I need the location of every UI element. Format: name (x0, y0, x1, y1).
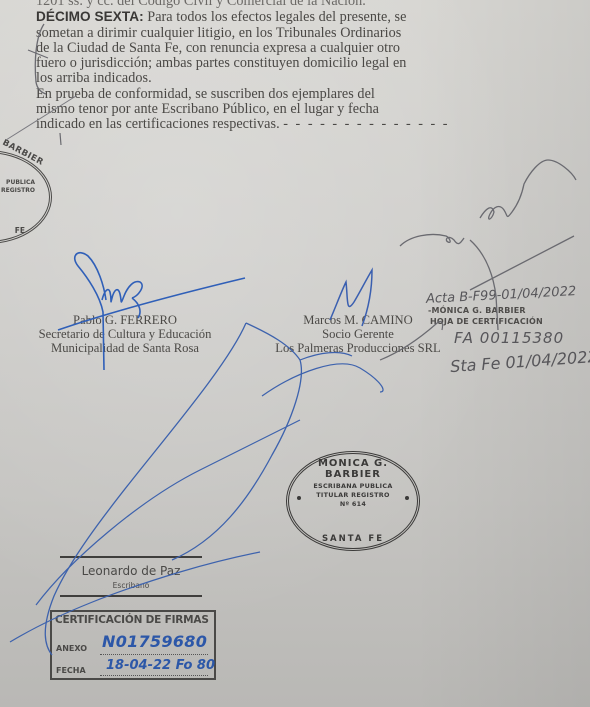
signature-curve-right-blue (262, 353, 383, 396)
notary-seal-partial: BARBIER PUBLICA REGISTRO FE (0, 150, 52, 244)
handwritten-place-date: Sta Fe 01/04/2022 (450, 347, 590, 376)
certification-heading: CERTIFICACIÓN DE FIRMAS (55, 614, 209, 626)
seal-city: SANTA FE (289, 534, 417, 544)
anexo-value: N01759680 (102, 632, 207, 651)
signatory-block-camino: Marcos M. CAMINO Socio Gerente Los Palme… (258, 313, 458, 355)
clause-text: 1201 ss. y cc. del Código Civil y Comerc… (36, 0, 498, 133)
escribano-name: Leonardo de Paz (56, 564, 206, 578)
escribano-title: Escribano (56, 581, 206, 590)
clause-line-3: de la Ciudad de Santa Fe, con renuncia e… (36, 41, 498, 56)
clause-line-2: sometan a dirimir cualquier litigio, en … (36, 26, 498, 41)
clause-line-4: fuero o jurisdicción; ambas partes const… (36, 56, 498, 71)
clause-heading: DÉCIMO SEXTA: (36, 9, 144, 24)
rule-bottom (60, 595, 202, 597)
signature-certification-box: CERTIFICACIÓN DE FIRMAS ANEXO N01759680 … (50, 610, 216, 680)
fecha-value: 18-04-22 Fo 80 (106, 658, 215, 673)
seal-partial-titles: PUBLICA REGISTRO (1, 179, 35, 195)
anexo-dotted-line (100, 654, 208, 655)
closing-line-2: mismo tenor por ante Escribano Público, … (36, 102, 498, 117)
stamp-notary-name: -MÓNICA G. BARBIER (428, 306, 526, 315)
seal-dot (297, 496, 301, 500)
handwritten-sheet-number: FA 00115380 (454, 329, 564, 347)
margin-small-tick (60, 133, 61, 145)
signatory-organization: Los Palmeras Producciones SRL (258, 341, 458, 355)
signatory-role: Secretario de Cultura y Educación (10, 327, 240, 341)
anexo-label: ANEXO (56, 644, 87, 653)
fecha-label: FECHA (56, 666, 86, 675)
fecha-dotted-line (100, 675, 208, 676)
signatory-name: Marcos M. CAMINO (258, 313, 458, 327)
closing-line-1: En prueba de conformidad, se suscriben d… (36, 87, 498, 102)
seal-titles: ESCRIBANA PUBLICA TITULAR REGISTRO Nº 61… (289, 482, 417, 509)
seal-dot (405, 496, 409, 500)
signatory-block-ferrero: Pablo G. FERRERO Secretario de Cultura y… (10, 313, 240, 355)
closing-line-3: indicado en las certificaciones respecti… (36, 117, 498, 132)
escribano-block: Leonardo de Paz Escribano (56, 556, 206, 597)
signatory-name: Pablo G. FERRERO (10, 313, 240, 327)
notary-seal: MONICA G. BARBIER ESCRIBANA PUBLICA TITU… (286, 451, 420, 551)
handwritten-act-number: Acta B-F99-01/04/2022 (426, 284, 577, 307)
seal-partial-name: BARBIER (0, 138, 45, 168)
stamp-certification-sheet: HOJA DE CERTIFICACIÓN (430, 317, 543, 326)
clause-line-1: DÉCIMO SEXTA: Para todos los efectos leg… (36, 9, 498, 25)
seal-partial-city: FE (15, 226, 25, 235)
clause-partial-line: 1201 ss. y cc. del Código Civil y Comerc… (36, 0, 498, 9)
clause-line-5: los arriba indicados. (36, 71, 498, 86)
signatory-role: Socio Gerente (258, 327, 458, 341)
signature-large-loop-blue (45, 323, 301, 655)
rule-top (60, 556, 202, 558)
signatory-organization: Municipalidad de Santa Rosa (10, 341, 240, 355)
seal-notary-name: MONICA G. BARBIER (289, 458, 417, 480)
